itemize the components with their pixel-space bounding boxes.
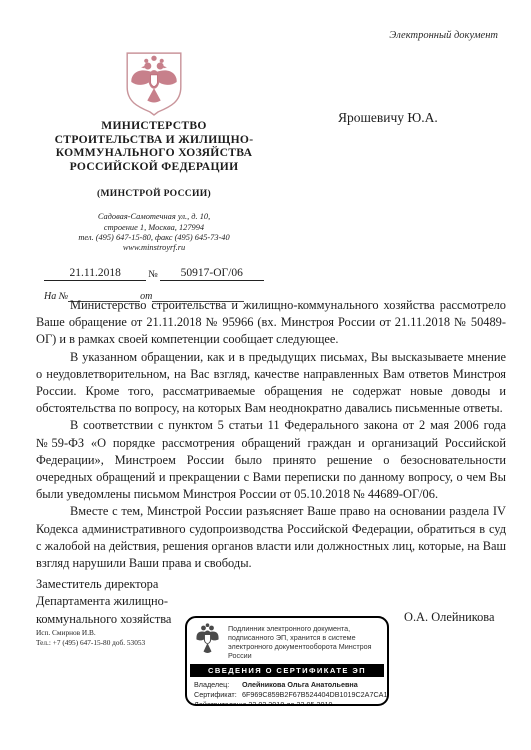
stamp-certificate-row: Сертификат: 6F969C859B2F67B524404DB1019C… bbox=[194, 690, 380, 700]
stamp-eagle-icon bbox=[194, 622, 221, 661]
address-line: строение 1, Москва, 127994 bbox=[34, 223, 274, 233]
body-paragraph: Вместе с тем, Минстрой России разъясняет… bbox=[36, 503, 506, 572]
stamp-certificate-fields: Владелец: Олейникова Ольга Анатольевна С… bbox=[187, 677, 387, 706]
ministry-name: МИНИСТЕРСТВО СТРОИТЕЛЬСТВА И ЖИЛИЩНО- КО… bbox=[34, 119, 274, 173]
certificate-label: Сертификат: bbox=[194, 690, 242, 700]
signature-name: О.А. Олейникова bbox=[404, 610, 495, 625]
addressee: Ярошевичу Ю.А. bbox=[338, 110, 438, 126]
outgoing-date: 21.11.2018 bbox=[44, 267, 146, 281]
ministry-short-name: (МИНСТРОЙ РОССИИ) bbox=[34, 188, 274, 199]
executor-phone: Тел.: +7 (495) 647-15-80 доб. 53053 bbox=[36, 638, 145, 648]
ministry-address: Садовая-Самотечная ул., д. 10, строение … bbox=[34, 212, 274, 253]
number-sign: № bbox=[146, 269, 160, 281]
letter-page: Электронный документ bbox=[0, 0, 531, 750]
executor-name: Исп. Смирнов И.В. bbox=[36, 628, 145, 638]
stamp-note: Подлинник электронного документа, подпис… bbox=[228, 624, 380, 660]
body-paragraph: В соответствии с пунктом 5 статьи 11 Фед… bbox=[36, 417, 506, 503]
executor-info: Исп. Смирнов И.В. Тел.: +7 (495) 647-15-… bbox=[36, 628, 145, 647]
outgoing-number: 50917-ОГ/06 bbox=[160, 267, 264, 281]
electronic-document-label: Электронный документ bbox=[389, 30, 498, 41]
letterhead: МИНИСТЕРСТВО СТРОИТЕЛЬСТВА И ЖИЛИЩНО- КО… bbox=[34, 50, 274, 302]
address-line: Садовая-Самотечная ул., д. 10, bbox=[34, 212, 274, 222]
certificate-value: 6F969C859B2F67B524404DB1019C2A7CA15050 bbox=[242, 690, 389, 700]
letter-body: Министерство строительства и жилищно-ком… bbox=[36, 297, 506, 572]
electronic-signature-stamp: Подлинник электронного документа, подпис… bbox=[185, 616, 389, 706]
owner-value: Олейникова Ольга Анатольевна bbox=[242, 680, 358, 690]
ministry-website: www.minstroyrf.ru bbox=[34, 243, 274, 253]
address-line: тел. (495) 647-15-80, факс (495) 645-73-… bbox=[34, 233, 274, 243]
stamp-band-title: СВЕДЕНИЯ О СЕРТИФИКАТЕ ЭП bbox=[190, 664, 384, 677]
stamp-validity-row: Действителен: с 22.02.2018 до 22.05.2019 bbox=[194, 700, 380, 706]
validity-value: с 22.02.2018 до 22.05.2019 bbox=[243, 700, 333, 706]
stamp-header: Подлинник электронного документа, подпис… bbox=[187, 618, 387, 663]
validity-label: Действителен: bbox=[194, 700, 243, 706]
owner-label: Владелец: bbox=[194, 680, 242, 690]
outgoing-reference-line: 21.11.2018 № 50917-ОГ/06 bbox=[34, 267, 274, 281]
coat-of-arms-icon bbox=[34, 50, 274, 116]
body-paragraph: Министерство строительства и жилищно-ком… bbox=[36, 297, 506, 349]
body-paragraph: В указанном обращении, как и в предыдущи… bbox=[36, 349, 506, 418]
stamp-owner-row: Владелец: Олейникова Ольга Анатольевна bbox=[194, 680, 380, 690]
signature-position: Заместитель директора Департамента жилищ… bbox=[36, 576, 171, 628]
